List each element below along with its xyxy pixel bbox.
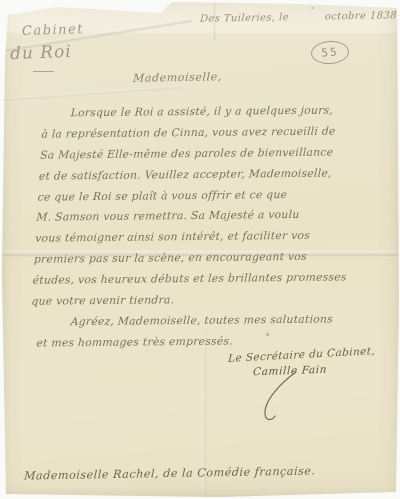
letterhead-du-roi: du Roi [10,42,72,64]
date-line: Des Tuileries, le octobre 1838. [200,10,400,25]
body-line: études, vos heureux débuts et les brilla… [32,268,347,292]
photo-background: Cabinet du Roi Des Tuileries, le octobre… [0,0,400,499]
salutation: Mademoiselle, [133,70,223,85]
body-line: et de satisfaction. Veuillez accepter, M… [38,163,353,187]
letter-paper: Cabinet du Roi Des Tuileries, le octobre… [0,0,400,499]
archive-number-stamp: 55 [310,40,350,66]
crease-diagonal-left [0,85,182,101]
recipient-address-line: Mademoiselle Rachel, de la Comédie franç… [24,464,316,482]
letter-closing: Agréez, Mademoiselle, toutes mes salutat… [36,309,334,354]
body-line: à la représentation de Cinna, vous avez … [41,121,356,145]
letterhead-rule [33,71,54,72]
foxing-spot [311,7,314,9]
signature-flourish [252,371,312,426]
closing-line: Agréez, Mademoiselle, toutes mes salutat… [37,309,334,333]
stamp-number: 55 [321,45,339,59]
body-line: Sa Majesté Elle-même des paroles de bien… [39,142,354,166]
letter-body: Lorsque le Roi a assisté, il y a quelque… [31,100,357,312]
letterhead-cabinet: Cabinet [22,22,84,39]
